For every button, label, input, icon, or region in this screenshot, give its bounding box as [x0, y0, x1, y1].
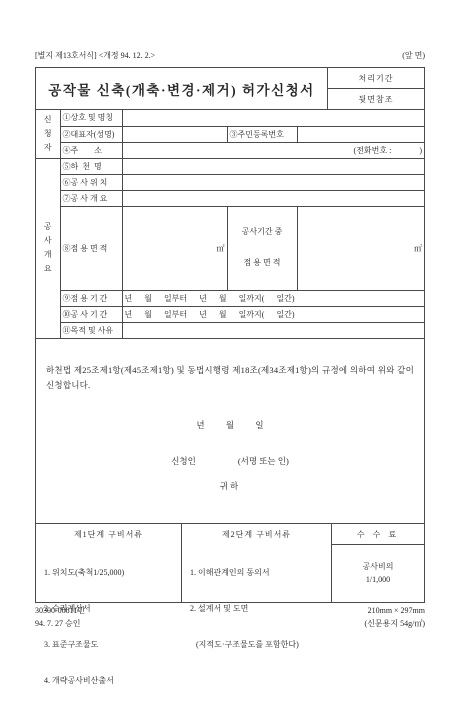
stage1-title: 제1단계 구비서류 — [36, 524, 181, 540]
river-name-field — [122, 158, 424, 174]
paper-size: 210mm × 297mm — [365, 605, 425, 618]
stage2-documents-column: 제2단계 구비서류 1. 이해관계인의 동의서 2. 설계서 및 도면 (지적도… — [181, 524, 331, 602]
during-area-label-line1: 공사기간 중 — [230, 227, 295, 237]
work-summary-label: ⑦공 사 개 요 — [60, 190, 122, 206]
fee-column: 수 수 료 공사비의 1/1,000 — [331, 524, 424, 602]
table-row: ⑩공 사 기 간 년 월 일부터 년 월 일까지( 일간) — [36, 306, 424, 322]
applicant-section-label: 신청자 — [36, 110, 60, 158]
title-row: 공작물 신축(개축·변경·제거) 허가신청서 처리기간 뒷면참조 — [36, 68, 424, 110]
footer-left: 30300-00811민 94. 7. 27 승인 — [35, 605, 85, 631]
declaration-text: 하천법 제25조제1항(제45조제1항) 및 동법시행령 제18조(제34조제1… — [46, 363, 414, 393]
application-table-wrap: 신청자 ①상호 및 명칭 ②대표자(성명) ③주민등록번호 ④주 소 (전화번호… — [36, 110, 424, 339]
address-field: (전화번호 : ) — [122, 142, 424, 158]
form-number: 30300-00811민 — [35, 605, 85, 618]
fee-value: 공사비의 1/1,000 — [332, 545, 424, 602]
form-content: [별지 제13호서식] <개정 94. 12. 2.> (앞 면) 공작물 신축… — [35, 50, 425, 631]
during-area-label-line2: 점 용 면 적 — [230, 258, 295, 268]
stage2-item-2: 2. 설계서 및 도면 — [190, 603, 331, 615]
signature-line: 신청인 (서명 또는 인) — [46, 455, 414, 467]
stage2-item-2-note: (지적도·구조물도를 포함한다) — [190, 639, 331, 651]
occupation-period-label: ⑨점 용 기 간 — [60, 290, 122, 306]
stage2-item-1: 1. 이해관계인의 동의서 — [190, 567, 331, 579]
during-area-unit: ㎡ — [414, 244, 422, 253]
table-row: ⑥공 사 위 치 — [36, 174, 424, 190]
form-page: [별지 제13호서식] <개정 94. 12. 2.> (앞 면) 공작물 신축… — [0, 0, 450, 636]
approval-date: 94. 7. 27 승인 — [35, 618, 85, 631]
stage2-title: 제2단계 구비서류 — [182, 524, 331, 540]
processing-time-label: 처리기간 — [328, 68, 424, 89]
footer-right: 210mm × 297mm (신문용지 54g/㎡) — [365, 605, 425, 631]
work-location-field — [122, 174, 424, 190]
work-period-label: ⑩공 사 기 간 — [60, 306, 122, 322]
representative-label: ②대표자(성명) — [60, 126, 122, 142]
fee-line1: 공사비의 — [363, 562, 394, 572]
processing-time-box: 처리기간 뒷면참조 — [327, 68, 424, 109]
work-period-field: 년 월 일부터 년 월 일까지( 일간) — [122, 306, 424, 322]
purpose-reason-label: ⑪목적 및 사유 — [60, 322, 122, 338]
page-side-label: (앞 면) — [402, 50, 425, 61]
table-row: 공사개요 ⑤하 천 명 — [36, 158, 424, 174]
fee-line2: 1/1,000 — [366, 575, 390, 585]
stage2-list: 1. 이해관계인의 동의서 2. 설계서 및 도면 (지적도·구조물도를 포함한… — [182, 540, 331, 675]
applicant-vertical-text: 신청자 — [43, 113, 52, 155]
form-title: 공작물 신축(개축·변경·제거) 허가신청서 — [36, 68, 327, 109]
resident-number-label: ③주민등록번호 — [227, 126, 297, 142]
declaration-section: 하천법 제25조제1항(제45조제1항) 및 동법시행령 제18조(제34조제1… — [36, 339, 424, 523]
during-construction-area-label: 공사기간 중 점 용 면 적 — [227, 206, 297, 290]
occupied-area-label: ⑧점 용 면 적 — [60, 206, 122, 290]
fee-title: 수 수 료 — [332, 524, 424, 545]
representative-field — [122, 126, 227, 142]
form-reference: [별지 제13호서식] <개정 94. 12. 2.> — [35, 50, 155, 61]
top-reference-line: [별지 제13호서식] <개정 94. 12. 2.> (앞 면) — [35, 50, 425, 61]
table-row: ⑨점 용 기 간 년 월 일부터 년 월 일까지( 일간) — [36, 290, 424, 306]
stage1-item-1: 1. 위치도(축척1/25,000) — [44, 567, 181, 579]
address-label: ④주 소 — [60, 142, 122, 158]
occupied-area-field: ㎡ — [122, 206, 227, 290]
stage1-item-3: 3. 표준구조물도 — [44, 639, 181, 651]
addressee-label: 귀하 — [46, 480, 414, 492]
table-row: ②대표자(성명) ③주민등록번호 — [36, 126, 424, 142]
business-name-label: ①상호 및 명칭 — [60, 110, 122, 126]
processing-time-value: 뒷면참조 — [328, 89, 424, 109]
work-summary-field — [122, 190, 424, 206]
business-name-field — [122, 110, 424, 126]
application-table: 신청자 ①상호 및 명칭 ②대표자(성명) ③주민등록번호 ④주 소 (전화번호… — [36, 110, 424, 338]
occupied-area-unit: ㎡ — [217, 244, 225, 253]
table-row: 신청자 ①상호 및 명칭 — [36, 110, 424, 126]
attachments-table: 제1단계 구비서류 1. 위치도(축척1/25,000) 2. 수리계산서 3.… — [36, 523, 424, 602]
table-row: ⑧점 용 면 적 ㎡ 공사기간 중 점 용 면 적 ㎡ — [36, 206, 424, 290]
form-body-box: 공작물 신축(개축·변경·제거) 허가신청서 처리기간 뒷면참조 신청자 ①상호… — [35, 67, 425, 603]
stage1-documents-column: 제1단계 구비서류 1. 위치도(축척1/25,000) 2. 수리계산서 3.… — [36, 524, 181, 602]
river-name-label: ⑤하 천 명 — [60, 158, 122, 174]
table-row: ④주 소 (전화번호 : ) — [36, 142, 424, 158]
applicant-signature-label: 신청인 — [171, 455, 196, 467]
resident-number-field — [297, 126, 424, 142]
table-row: ⑦공 사 개 요 — [36, 190, 424, 206]
stage1-item-4: 4. 개략공사비산출서 — [44, 675, 181, 687]
during-construction-area-field: ㎡ — [297, 206, 424, 290]
work-location-label: ⑥공 사 위 치 — [60, 174, 122, 190]
paper-spec: (신문용지 54g/㎡) — [365, 618, 425, 631]
date-line: 년 월 일 — [46, 419, 414, 431]
table-row: ⑪목적 및 사유 — [36, 322, 424, 338]
work-overview-vertical-text: 공사개요 — [43, 220, 52, 276]
purpose-reason-field — [122, 322, 424, 338]
occupation-period-field: 년 월 일부터 년 월 일까지( 일간) — [122, 290, 424, 306]
work-overview-section-label: 공사개요 — [36, 158, 60, 338]
signature-note: (서명 또는 인) — [238, 455, 289, 467]
